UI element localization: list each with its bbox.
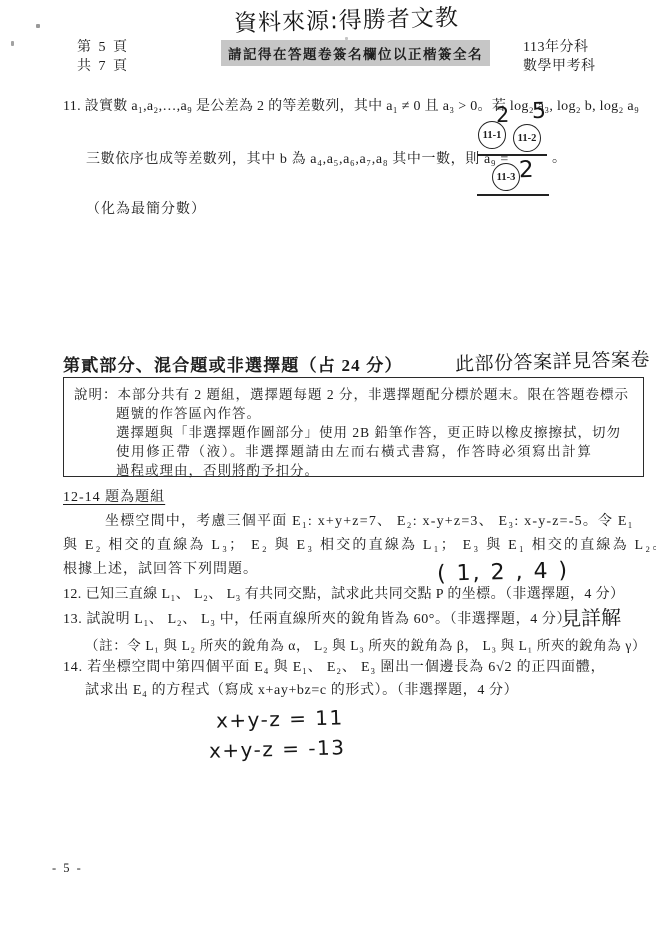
question-11-line3: （化為最簡分數） — [86, 198, 206, 218]
scan-speck — [11, 41, 14, 46]
instructions-line5: 過程或理由，否則將酌予扣分。 — [116, 459, 319, 479]
handwritten-equation-2: x+y-z = -13 — [209, 735, 346, 763]
fraction-bar — [477, 154, 547, 156]
handwritten-section-note: 此部份答案詳見答案卷 — [455, 344, 651, 376]
handwritten-answer-11-1: 2 — [496, 103, 510, 127]
page-total: 共 7 頁 — [77, 55, 129, 75]
instructions-line2: 題號的作答區內作答。 — [116, 402, 261, 422]
answer-blank-11-2: 11-2 — [513, 124, 541, 152]
footer-page-mark: - 5 - — [52, 861, 83, 876]
exam-subject: 數學甲考科 — [523, 55, 596, 75]
handwritten-see-solution: 見詳解 — [561, 601, 622, 632]
question-13-note: （註：令 L₁ 與 L₂ 所夾的銳角為 α， L₂ 與 L₃ 所夾的銳角為 β，… — [85, 634, 646, 654]
group-paragraph-2: 與 E₂ 相交的直線為 L₃； E₂ 與 E₃ 相交的直線為 L₁； E₃ 與 … — [63, 534, 656, 554]
instructions-line3: 選擇題與「非選擇題作圖部分」使用 2B 鉛筆作答，更正時以橡皮擦擦拭，切勿 — [116, 421, 621, 441]
group-paragraph-1: 坐標空間中，考慮三個平面 E₁: x+y+z=7、 E₂: x-y+z=3、 E… — [105, 510, 634, 530]
group-heading: 12-14 題為題組 — [63, 486, 165, 506]
handwritten-equation-1: x+y-z = 11 — [216, 705, 344, 732]
instructions-line4: 使用修正帶（液）。非選擇題請由左而右橫式書寫，作答時必須寫出計算 — [116, 440, 592, 460]
question-11-line2: 三數依序也成等差數列，其中 b 為 a₄,a₅,a₆,a₇,a₈ 其中一數，則 … — [86, 148, 509, 168]
handwritten-source-note: 資料來源:得勝者文教 — [234, 0, 460, 38]
question-14-line1: 14. 若坐標空間中第四個平面 E₄ 與 E₁、 E₂、 E₃ 圍出一個邊長為 … — [63, 656, 605, 676]
exam-page: 資料來源:得勝者文教 第 5 頁 共 7 頁 請記得在答題卷簽名欄位以正楷簽全名… — [0, 0, 656, 927]
question-13-line1: 13. 試說明 L₁、 L₂、 L₃ 中，任兩直線所夾的銳角皆為 60°。（非選… — [63, 608, 571, 628]
answer-underline — [477, 194, 549, 196]
page-number: 第 5 頁 — [77, 36, 129, 56]
question-14-line2: 試求出 E₄ 的方程式（寫成 x+ay+bz=c 的形式）。（非選擇題，4 分） — [85, 679, 518, 699]
sentence-period: 。 — [552, 147, 567, 167]
handwritten-answer-11-2: 5 — [532, 99, 547, 124]
question-12: 12. 已知三直線 L₁、 L₂、 L₃ 有共同交點，試求此共同交點 P 的坐標… — [63, 583, 624, 603]
exam-year: 113年分科 — [523, 36, 588, 56]
handwritten-answer-11-3: 2 — [519, 157, 534, 183]
scan-speck — [36, 24, 40, 28]
question-11-line1: 11. 設實數 a₁,a₂,…,a₉ 是公差為 2 的等差數列，其中 a₁ ≠ … — [63, 95, 639, 115]
group-paragraph-3: 根據上述，試回答下列問題。 — [63, 558, 258, 578]
answer-blank-11-3: 11-3 — [492, 163, 520, 191]
instructions-line1: 說明：本部分共有 2 題組，選擇題每題 2 分，非選擇題配分標於題末。限在答題卷… — [74, 383, 629, 403]
section-2-title: 第貳部分、混合題或非選擇題（占 24 分） — [63, 351, 403, 376]
signature-notice: 請記得在答題卷簽名欄位以正楷簽全名 — [221, 40, 490, 66]
